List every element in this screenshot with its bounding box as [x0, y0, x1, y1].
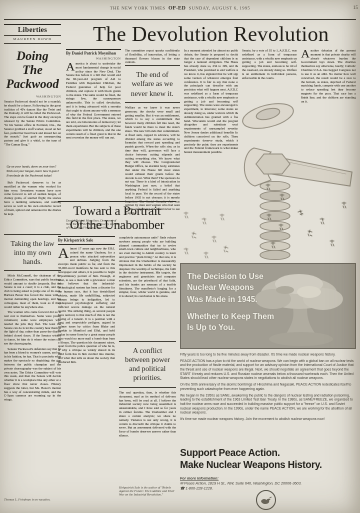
phone-icon: ☎: [180, 486, 185, 491]
ad-headline: The Decision to Use Nuclear Weapons Was …: [187, 271, 274, 334]
column-label: Liberties: [4, 26, 61, 36]
moynihan-pull-quote: The end of welfare as we never knew it.: [125, 65, 180, 103]
info-label: For more information:: [180, 476, 219, 481]
peace-action-logo: [256, 490, 276, 510]
unabomber-col-left: By Kirkpatrick Sale Almost 17 years ago …: [58, 236, 115, 502]
unabomber-body-right-1: completely autonomous units" finds echoe…: [119, 236, 176, 338]
drop-cap: A: [58, 247, 70, 260]
column-flag: Liberties MAUREEN DOWD: [4, 24, 61, 44]
moynihan-body-2a: The committee report speaks confidently …: [125, 49, 180, 63]
newspaper-page: THE NEW YORK TIMES OP-ED SUNDAY, AUGUST …: [0, 0, 360, 513]
moynihan-headline: The Devolution Revolution: [66, 23, 356, 45]
sale-byline: By Kirkpatrick Sale: [58, 236, 115, 245]
ad-photo-panel: The Decision to Use Nuclear Weapons Was …: [180, 263, 356, 349]
unabomber-headline: Toward a Portrait Of the Unabomber: [58, 204, 176, 233]
header-rule: [4, 19, 356, 20]
page-header: THE NEW YORK TIMES OP-ED SUNDAY, AUGUST …: [0, 6, 360, 15]
section-rule: [58, 201, 176, 202]
wrench-bolt-illustration: [238, 90, 356, 262]
unabomber-body-right-2: The real question, then, is whether this…: [119, 391, 176, 484]
mail-icon: ✉: [180, 481, 183, 486]
sale-bio: Kirkpatrick Sale is the author of "Rebel…: [119, 486, 176, 502]
dowd-headline: Doing The Packwood: [4, 49, 61, 91]
moynihan-byline: By Daniel Patrick Moynihan: [66, 49, 121, 57]
unabomber-col-right: completely autonomous units" finds echoe…: [119, 236, 176, 502]
vacation-note: Thomas L. Friedman is on vacation.: [4, 498, 61, 507]
drop-cap: A: [301, 49, 311, 59]
author-name: MAUREEN DOWD: [4, 37, 61, 41]
dowd-column: Liberties MAUREEN DOWD Doing The Packwoo…: [4, 24, 61, 507]
ad-body-copy: Fifty years is too long to be five minut…: [180, 353, 356, 447]
dateline: WASHINGTON: [66, 57, 121, 61]
dove-icon: [259, 493, 273, 507]
page-number: 15: [314, 5, 358, 14]
ad-address: Peace Action, 1819 H St., NW, Suite 640,…: [184, 481, 302, 486]
moynihan-body-1: America is about to undertake the most f…: [66, 62, 121, 217]
issue-date: SUNDAY, AUGUST 6, 1995: [189, 6, 250, 11]
ad-phone: 1-800-228-1228.: [186, 486, 213, 491]
unabomber-article: Toward a Portrait Of the Unabomber By Ki…: [58, 201, 176, 502]
dateline: WASHINGTON: [4, 95, 61, 99]
unabomber-pull-quote: A conflict between power and political p…: [119, 341, 176, 388]
ad-call-to-action: Support Peace Action. Make Nuclear Weapo…: [180, 448, 356, 472]
dowd-verse: Up on your hands, down on your toes? Sti…: [4, 165, 61, 182]
dowd-body-1: Senator Packwood should not be a scandal…: [4, 100, 61, 165]
dowd-body-3: Mitch McConnell, the chairman of the Eth…: [4, 274, 61, 498]
drop-cap: A: [66, 62, 76, 72]
section-label: OP-ED: [168, 6, 185, 12]
dowd-pull-quote: Taking the law into my own hands.: [4, 234, 61, 272]
peace-action-ad: The Decision to Use Nuclear Weapons Was …: [180, 263, 356, 509]
unabomber-body-left: Almost 17 years ago now the F.B.I. coine…: [58, 247, 115, 502]
masthead: THE NEW YORK TIMES: [110, 6, 165, 11]
dowd-body-2: Bob Packwood deserves to be as mortified…: [4, 181, 61, 230]
falling-figures-illustration: [178, 206, 234, 260]
